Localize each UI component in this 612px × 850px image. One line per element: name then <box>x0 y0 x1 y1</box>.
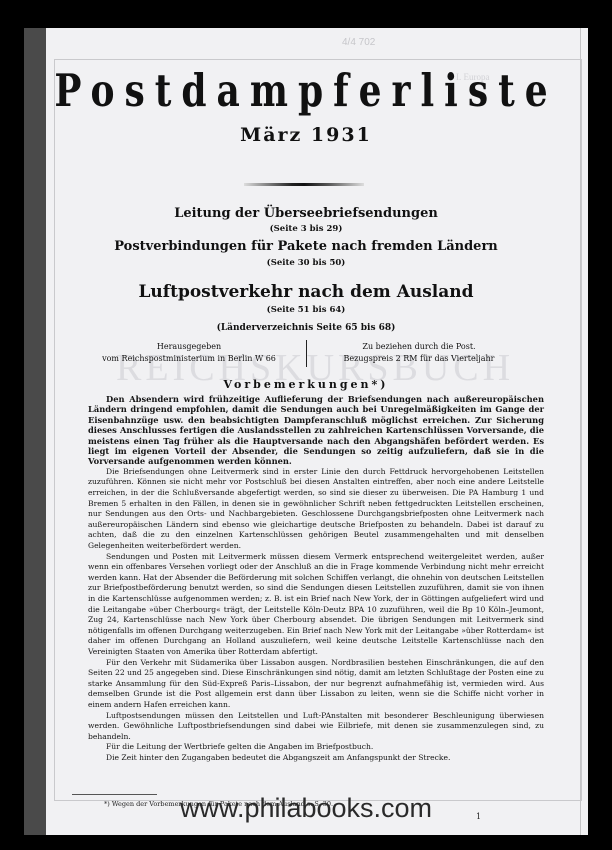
publisher-line-2: vom Reichspostministerium in Berlin W 66 <box>84 353 294 365</box>
page-edge-rule <box>580 28 581 835</box>
subscription-line-2: Bezugspreis 2 RM für das Vierteljahr <box>314 353 524 365</box>
body-text: Den Absendern wird frühzeitige Aufliefer… <box>88 394 544 763</box>
publisher-divider <box>306 340 307 367</box>
book-binding <box>24 28 46 835</box>
paragraph: Für den Verkehr mit Südamerika über Liss… <box>88 658 544 711</box>
ornament-rule <box>244 183 364 186</box>
subscription-info: Zu beziehen durch die Post. Bezugspreis … <box>314 341 524 365</box>
pencil-note: 4/4 702 <box>342 37 375 48</box>
watermark-url: www.philabooks.com <box>0 793 612 824</box>
paragraph: Die Zeit hinter den Zugangaben bedeutet … <box>88 753 544 764</box>
document-date: März 1931 <box>24 124 588 146</box>
paragraph: Die Briefsendungen ohne Leitvermerk sind… <box>88 467 544 552</box>
section-heading-3: Luftpostverkehr nach dem Ausland <box>24 282 588 302</box>
country-index: (Länderverzeichnis Seite 65 bis 68) <box>24 323 588 333</box>
section-pages-1: (Seite 3 bis 29) <box>24 224 588 234</box>
paragraph: Luftpostsendungen müssen den Leitstellen… <box>88 711 544 743</box>
section-heading-2: Postverbindungen für Pakete nach fremden… <box>24 239 588 254</box>
publisher-line-1: Herausgegeben <box>84 341 294 353</box>
section-pages-3: (Seite 51 bis 64) <box>24 305 588 315</box>
document-page: 4/4 702 I. Europa REICHSKURSBUCH Postdam… <box>24 28 588 835</box>
document-title: Postdampferliste <box>24 65 588 118</box>
preliminary-heading: Vorbemerkungen*) <box>24 378 588 391</box>
section-heading-1: Leitung der Überseebriefsendungen <box>24 206 588 221</box>
section-pages-2: (Seite 30 bis 50) <box>24 258 588 268</box>
paragraph: Für die Leitung der Wertbriefe gelten di… <box>88 742 544 753</box>
subscription-line-1: Zu beziehen durch die Post. <box>314 341 524 353</box>
paragraph: Sendungen und Posten mit Leitvermerk müs… <box>88 552 544 658</box>
publisher-info: Herausgegeben vom Reichspostministerium … <box>84 341 294 365</box>
paragraph: Den Absendern wird frühzeitige Aufliefer… <box>88 394 544 467</box>
